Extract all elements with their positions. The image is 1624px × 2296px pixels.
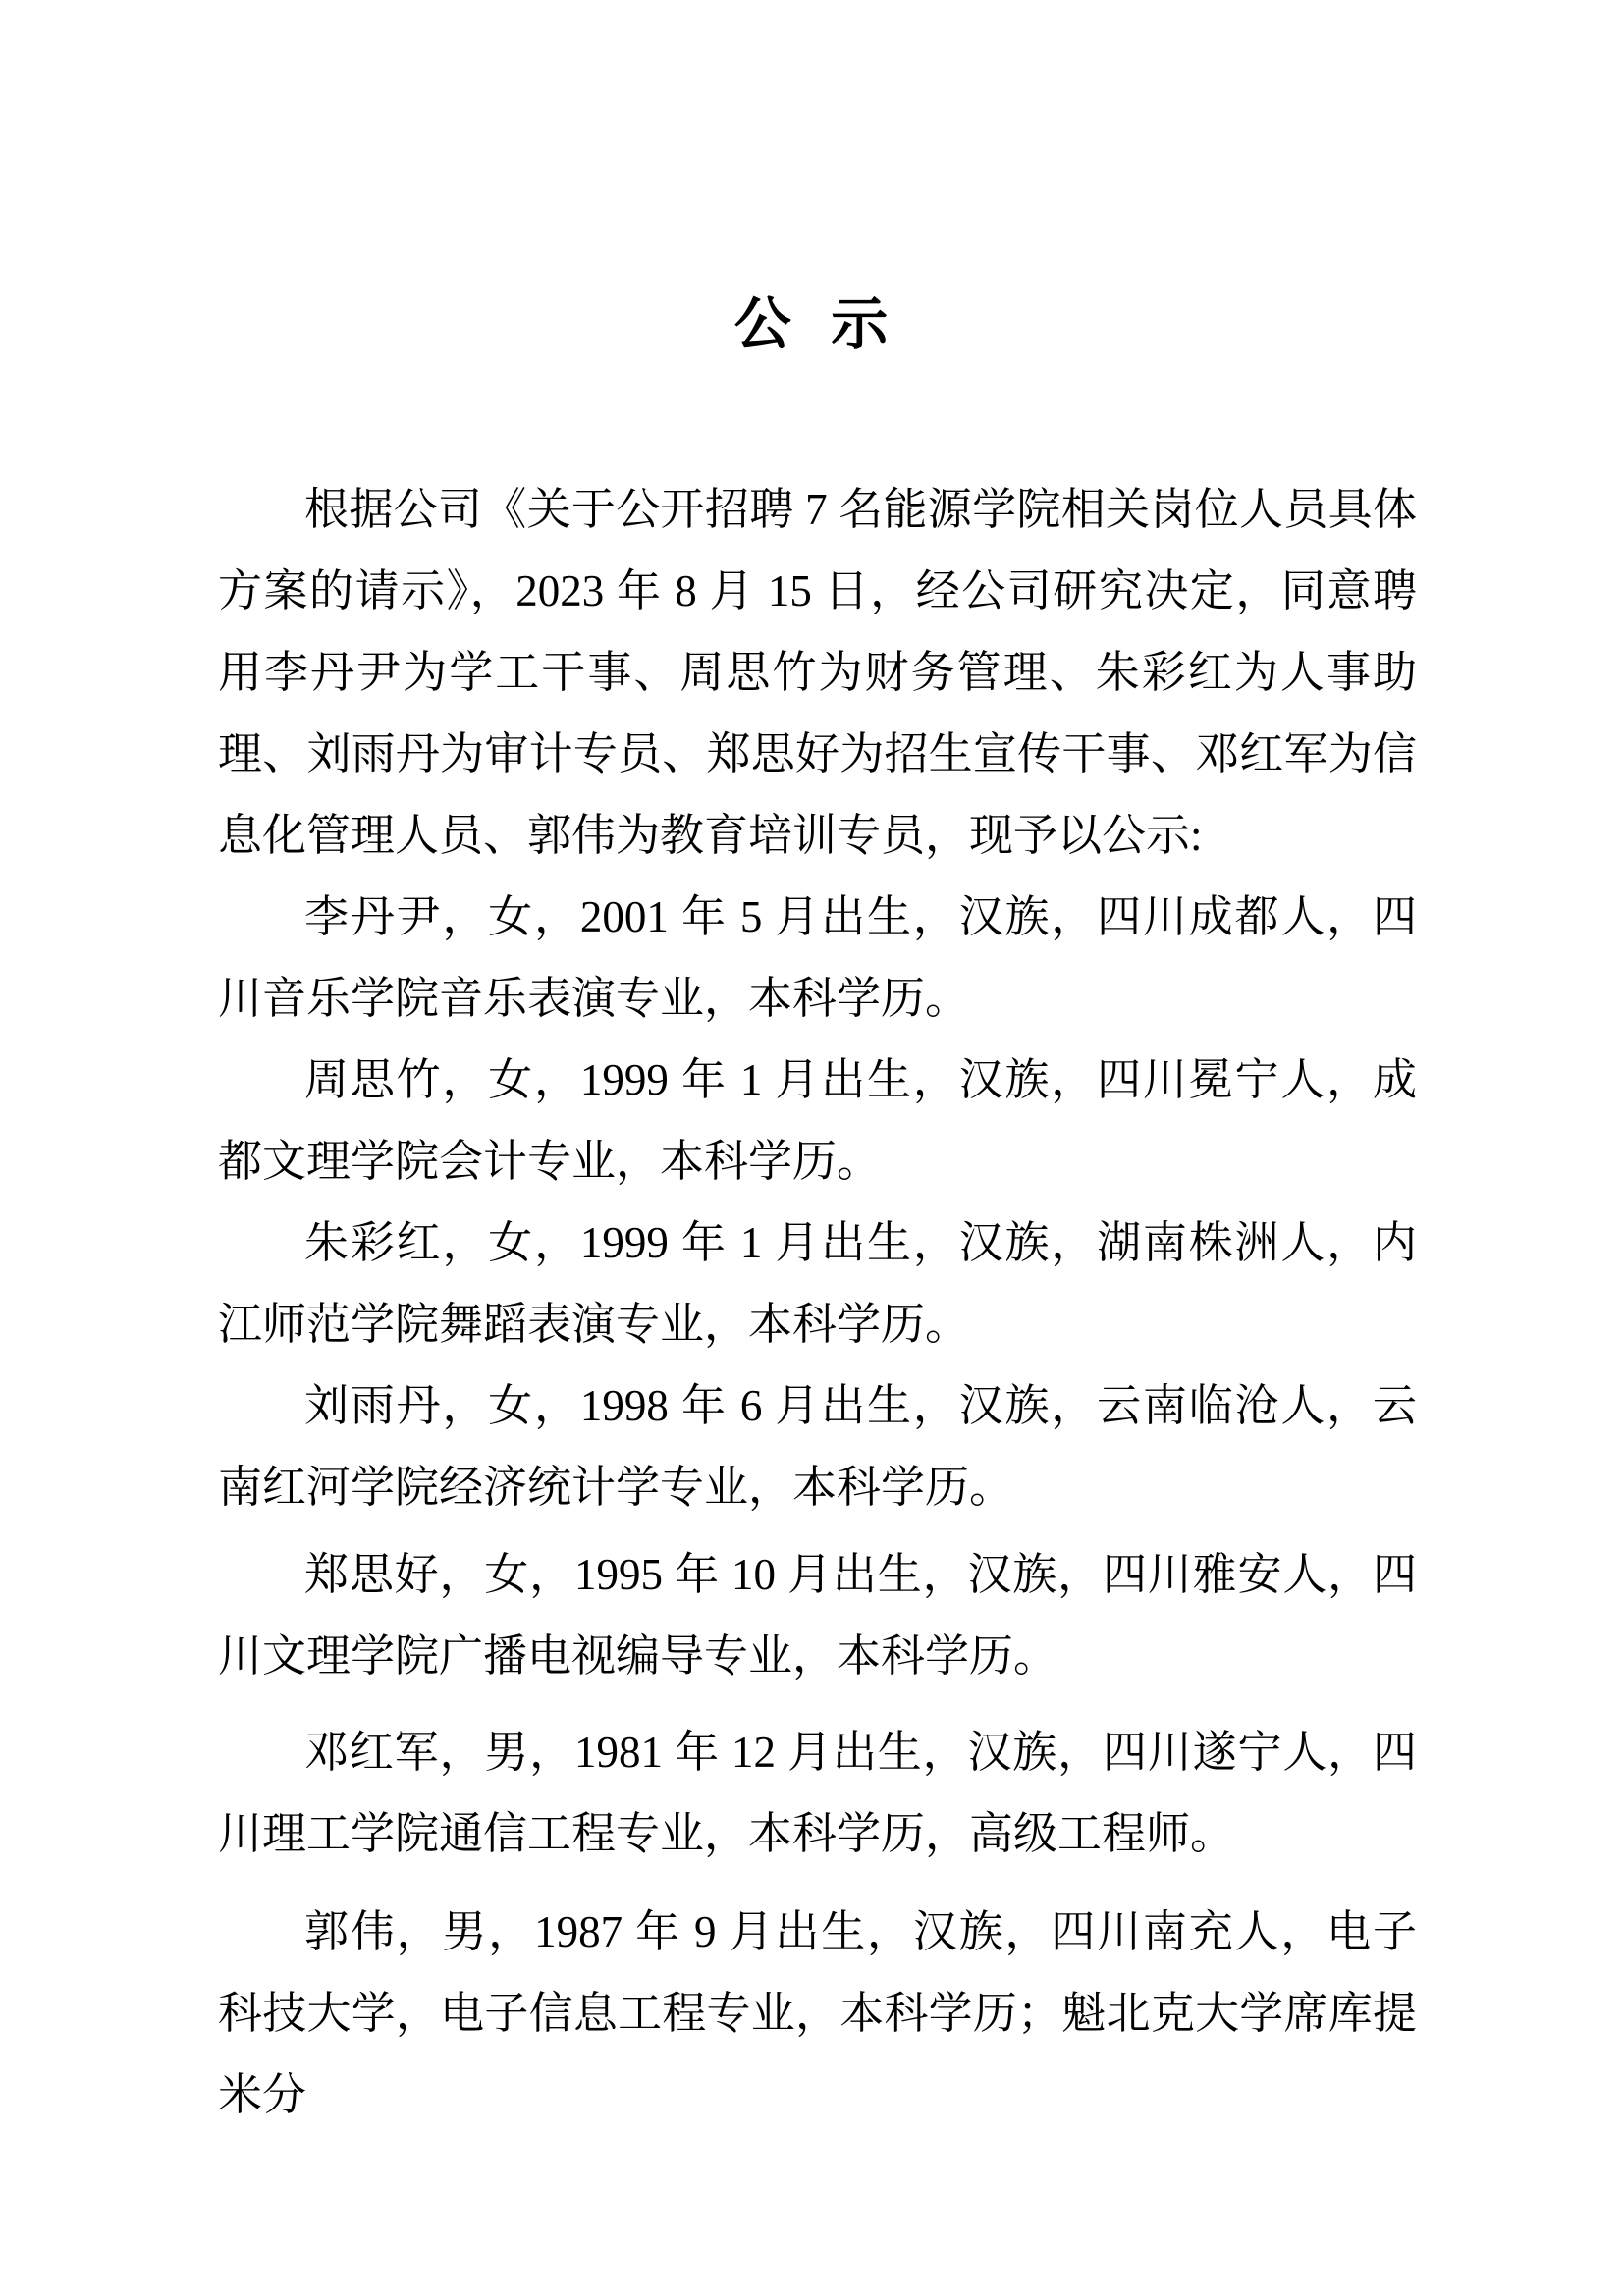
paragraph-person-liu-yudan: 刘雨丹，女，1998 年 6 月出生，汉族，云南临沧人，云南红河学院经济统计学专… — [218, 1365, 1417, 1528]
paragraph-person-deng-hongjun: 邓红军，男，1981 年 12 月出生，汉族，四川遂宁人，四川理工学院通信工程专… — [218, 1712, 1417, 1875]
paragraph-person-zheng-sihao: 郑思好，女，1995 年 10 月出生，汉族，四川雅安人，四川文理学院广播电视编… — [218, 1534, 1417, 1697]
document-page: 公 示 根据公司《关于公开招聘 7 名能源学院相关岗位人员具体方案的请示》，20… — [0, 0, 1624, 2296]
paragraph-person-guo-wei: 郭伟，男，1987 年 9 月出生，汉族，四川南充人，电子科技大学，电子信息工程… — [218, 1892, 1417, 2136]
paragraph-person-zhou-sizhu: 周思竹，女，1999 年 1 月出生，汉族，四川冕宁人，成都文理学院会计专业，本… — [218, 1040, 1417, 1202]
paragraph-person-li-danyin: 李丹尹，女，2001 年 5 月出生，汉族，四川成都人，四川音乐学院音乐表演专业… — [218, 877, 1417, 1040]
document-title: 公 示 — [0, 0, 1624, 353]
paragraph-intro: 根据公司《关于公开招聘 7 名能源学院相关岗位人员具体方案的请示》，2023 年… — [218, 469, 1417, 877]
paragraph-person-zhu-caihong: 朱彩红，女，1999 年 1 月出生，汉族，湖南株洲人，内江师范学院舞蹈表演专业… — [218, 1202, 1417, 1365]
document-body: 根据公司《关于公开招聘 7 名能源学院相关岗位人员具体方案的请示》，2023 年… — [218, 469, 1417, 2136]
